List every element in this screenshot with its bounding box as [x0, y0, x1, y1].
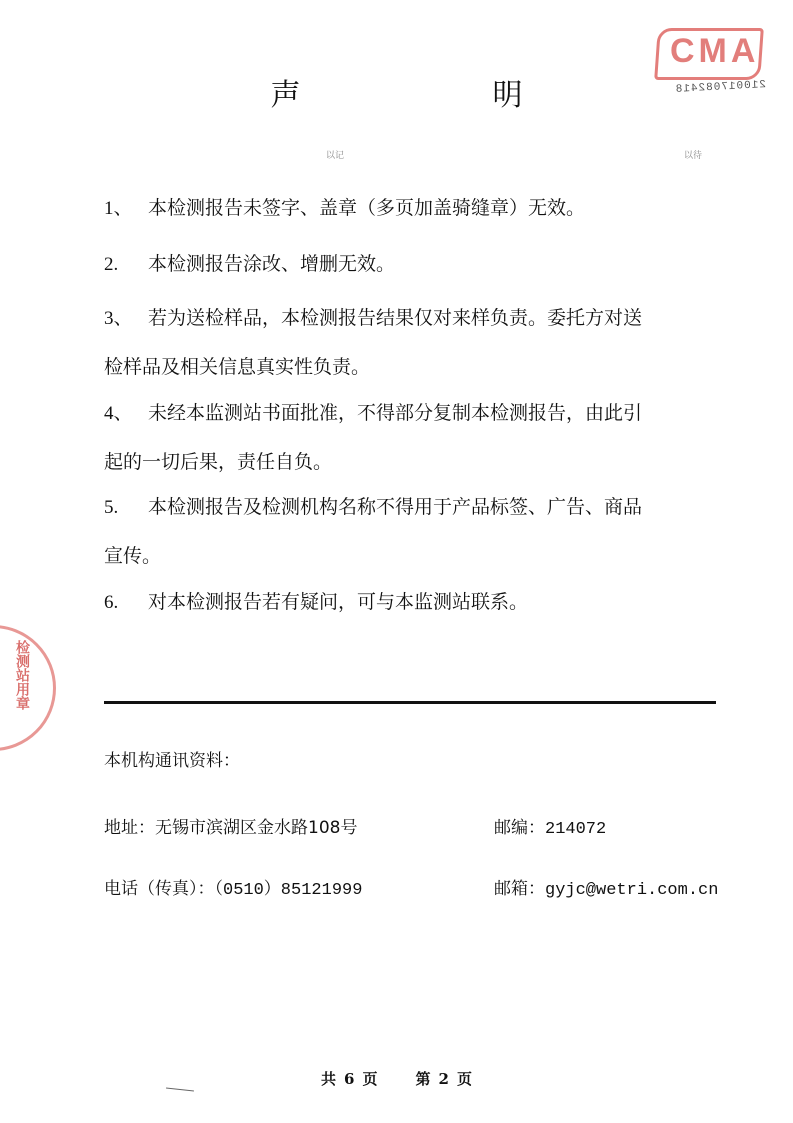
- faint-mark-right: 以待: [684, 148, 702, 161]
- statement-text: 本检测报告未签字、盖章（多页加盖骑缝章）无效。: [148, 197, 585, 219]
- email-label: 邮箱：: [494, 879, 545, 899]
- statement-item-1: 1、本检测报告未签字、盖章（多页加盖骑缝章）无效。: [104, 184, 719, 233]
- page-title: 声 明: [0, 70, 793, 114]
- statement-item-2: 2.本检测报告涂改、增删无效。: [104, 240, 719, 289]
- address-label: 地址：: [104, 818, 155, 838]
- postcode-value: 214072: [545, 820, 606, 839]
- email-value: gyjc@wetri.com.cn: [545, 881, 718, 900]
- statement-item-3: 3、若为送检样品，本检测报告结果仅对来样负责。委托方对送 检样品及相关信息真实性…: [104, 294, 719, 391]
- total-pages-prefix: 共: [321, 1070, 336, 1088]
- email-row: 邮箱：gyjc@wetri.com.cn: [494, 874, 718, 900]
- address-row: 地址：无锡市滨湖区金水路108号: [104, 813, 357, 838]
- phone-row: 电话（传真）：（0510）85121999: [104, 874, 362, 900]
- statement-text: 若为送检样品，本检测报告结果仅对来样负责。委托方对送: [148, 307, 642, 329]
- statement-text: 对本检测报告若有疑问，可与本监测站联系。: [148, 591, 528, 613]
- section-divider: [104, 701, 716, 704]
- phone-label: 电话（传真）：: [104, 879, 215, 899]
- statement-text: 本检测报告及检测机构名称不得用于产品标签、广告、商品: [148, 496, 642, 518]
- statement-number: 5.: [104, 484, 148, 532]
- statement-text-continued: 起的一切后果，责任自负。: [104, 438, 719, 486]
- statement-text: 未经本监测站书面批准，不得部分复制本检测报告，由此引: [148, 402, 642, 424]
- total-pages: 6: [344, 1070, 354, 1088]
- current-page: 2: [439, 1070, 449, 1088]
- statement-number: 3、: [104, 295, 148, 343]
- statement-text-continued: 检样品及相关信息真实性负责。: [104, 343, 719, 391]
- postcode-row: 邮编：214072: [494, 813, 606, 839]
- statement-number: 1、: [104, 185, 148, 233]
- statement-text-continued: 宣传。: [104, 532, 719, 580]
- faint-mark-left: 以记: [326, 148, 344, 161]
- total-pages-suffix: 页: [362, 1070, 377, 1088]
- statement-number: 6.: [104, 579, 148, 627]
- postcode-label: 邮编：: [494, 818, 545, 838]
- contact-heading: 本机构通讯资料：: [104, 746, 240, 771]
- cma-logo-text: CMA: [670, 32, 759, 71]
- phone-value: （0510）85121999: [215, 881, 363, 900]
- statement-number: 4、: [104, 390, 148, 438]
- statement-item-5: 5.本检测报告及检测机构名称不得用于产品标签、广告、商品 宣传。: [104, 483, 719, 580]
- statement-item-4: 4、未经本监测站书面批准，不得部分复制本检测报告，由此引 起的一切后果，责任自负…: [104, 389, 719, 486]
- page-footer: 共6页第2页: [0, 1068, 793, 1089]
- statement-text: 本检测报告涂改、增删无效。: [148, 253, 395, 275]
- current-page-suffix: 页: [457, 1070, 472, 1088]
- address-value: 无锡市滨湖区金水路108号: [155, 818, 357, 838]
- current-page-prefix: 第: [416, 1070, 431, 1088]
- statement-number: 2.: [104, 241, 148, 289]
- statement-item-6: 6.对本检测报告若有疑问，可与本监测站联系。: [104, 578, 719, 627]
- official-seal-text: 检测站用章: [12, 640, 32, 710]
